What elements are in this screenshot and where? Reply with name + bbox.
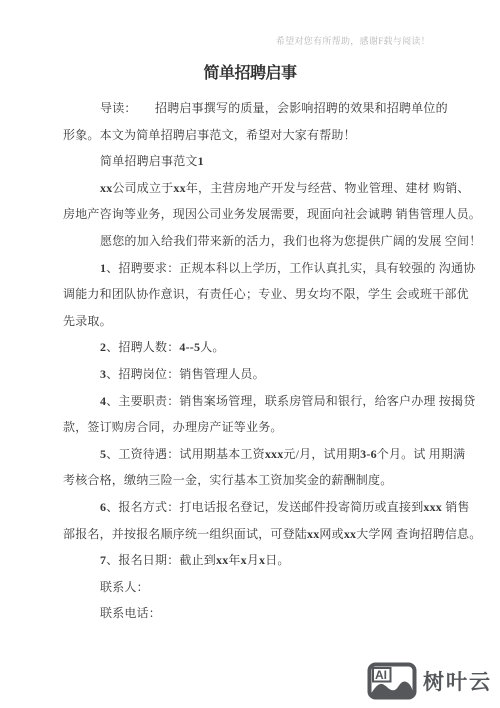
brand-name-label: 树叶云 bbox=[423, 666, 492, 696]
doc-line: 4、主要职责：销售案场管理，联系房管局和银行，给客户办理 按揭贷 bbox=[63, 388, 443, 415]
doc-line: 2、招聘人数：4--5人。 bbox=[63, 334, 443, 361]
document-page: 希望对您有所帮助，感谢F载与阅读！ 简单招聘启事 导读： 招聘启事撰写的质量，会… bbox=[0, 0, 500, 708]
doc-line: 1、招聘要求：正规本科以上学历，工作认真扎实，具有较强的 沟通协 bbox=[63, 255, 443, 282]
doc-line: 款，签订购房合同，办理房产证等业务。 bbox=[63, 414, 443, 441]
svg-text:AI: AI bbox=[375, 668, 387, 682]
doc-line: 3、招聘岗位：销售管理人员。 bbox=[63, 361, 443, 388]
header-courtesy-note: 希望对您有所帮助，感谢F载与阅读！ bbox=[276, 34, 430, 47]
image-ai-icon: AI bbox=[367, 662, 417, 700]
doc-line: 6、报名方式：打电话报名登记，发送邮件投寄简历或直接到xxx 销售 bbox=[63, 494, 443, 521]
doc-line: 简单招聘启事范文1 bbox=[63, 148, 443, 175]
doc-line: xx公司成立于xx年，主营房地产开发与经营、物业管理、建材 购销、 bbox=[63, 175, 443, 202]
doc-line: 调能力和团队协作意识，有责任心；专业、男女均不限，学生 会或班干部优 bbox=[63, 281, 443, 308]
doc-line: 房地产咨询等业务，现因公司业务发展需要，现面向社会诚聘 销售管理人员。 bbox=[63, 201, 443, 228]
doc-line: 愿您的加入给我们带来新的活力，我们也将为您提供广阔的发展 空间！ bbox=[63, 228, 443, 255]
doc-line: 7、报名日期：截止到xx年x月x日。 bbox=[63, 547, 443, 574]
doc-line: 联系电话： bbox=[63, 600, 443, 627]
doc-line: 导读： 招聘启事撰写的质量，会影响招聘的效果和招聘单位的 bbox=[63, 95, 443, 122]
doc-line: 5、工资待遇：试用期基本工资xxx元/月，试用期3-6个月。试 用期满 bbox=[63, 441, 443, 468]
doc-line: 联系人： bbox=[63, 574, 443, 601]
doc-line: 先录取。 bbox=[63, 308, 443, 335]
document-title: 简单招聘启事 bbox=[0, 60, 500, 83]
doc-line: 考核合格，缴纳三险一金，实行基本工资加奖金的薪酬制度。 bbox=[63, 467, 443, 494]
watermark-logo: AI 树叶云 bbox=[367, 662, 492, 700]
doc-line: 形象。本文为简单招聘启事范文，希望对大家有帮助！ bbox=[63, 122, 443, 149]
document-body: 导读： 招聘启事撰写的质量，会影响招聘的效果和招聘单位的 形象。本文为简单招聘启… bbox=[63, 95, 443, 627]
doc-line: 部报名，并按报名顺序统一组织面试，可登陆xx网或xx大学网 查询招聘信息。 bbox=[63, 521, 443, 548]
